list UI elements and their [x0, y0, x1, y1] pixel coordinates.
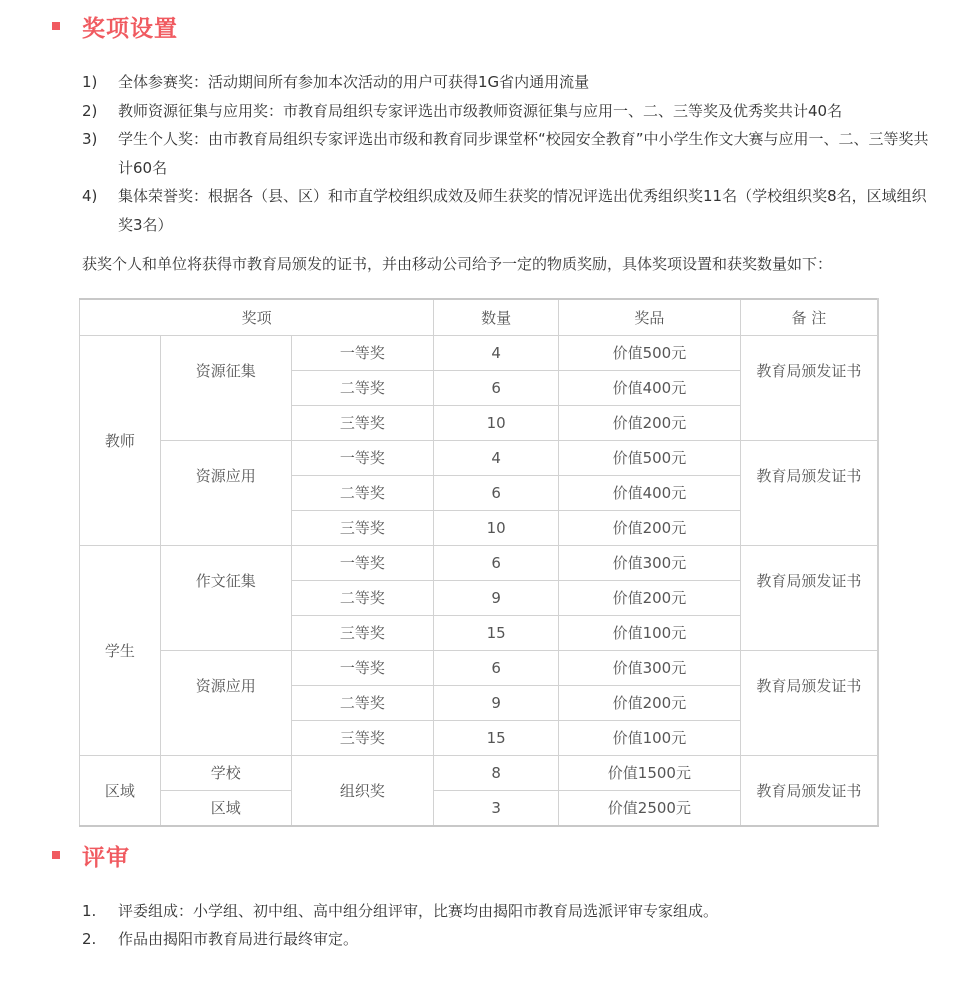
prize-cell: 价值200元 [559, 686, 741, 721]
table-row: 区域 学校 组织奖 8 价值1500元 教育局颁发证书 [80, 756, 879, 791]
level-cell: 一等奖 [291, 651, 434, 686]
item-text: 作品由揭阳市教育局进行最终审定。 [118, 925, 938, 953]
list-item: 1. 评委组成：小学组、初中组、高中组分组评审，比赛均由揭阳市教育局选派评审专家… [82, 897, 938, 925]
level-cell: 二等奖 [291, 476, 434, 511]
review-list: 1. 评委组成：小学组、初中组、高中组分组评审，比赛均由揭阳市教育局选派评审专家… [82, 897, 938, 953]
level-cell: 三等奖 [291, 511, 434, 546]
item-number: 2. [82, 925, 118, 953]
qty-cell: 6 [434, 546, 559, 581]
level-cell: 三等奖 [291, 721, 434, 756]
prize-cell: 价值200元 [559, 406, 741, 441]
section-heading-awards: 奖项设置 [52, 8, 178, 44]
qty-cell: 3 [434, 791, 559, 827]
table-row: 学生 作文征集 一等奖 6 价值300元 教育局颁发证书 [80, 546, 879, 581]
qty-cell: 6 [434, 476, 559, 511]
awards-table: 奖项 数量 奖品 备 注 教师 资源征集 一等奖 4 价值500元 教育局颁发证… [79, 298, 879, 827]
qty-cell: 9 [434, 581, 559, 616]
item-text: 教师资源征集与应用奖：市教育局组织专家评选出市级教师资源征集与应用一、二、三等奖… [118, 97, 938, 126]
item-text: 学生个人奖：由市教育局组织专家评选出市级和教育同步课堂杯“校园安全教育”中小学生… [118, 125, 938, 182]
qty-cell: 4 [434, 336, 559, 371]
prize-cell: 价值1500元 [559, 756, 741, 791]
note-cell: 教育局颁发证书 [740, 336, 878, 441]
group-teacher: 教师 [80, 336, 161, 546]
level-cell: 二等奖 [291, 581, 434, 616]
header-prize: 奖品 [559, 299, 741, 336]
prize-cell: 价值2500元 [559, 791, 741, 827]
qty-cell: 15 [434, 616, 559, 651]
note-cell: 教育局颁发证书 [740, 651, 878, 756]
qty-cell: 9 [434, 686, 559, 721]
category-cell: 资源征集 [160, 336, 291, 441]
category-cell: 资源应用 [160, 441, 291, 546]
qty-cell: 6 [434, 651, 559, 686]
prize-cell: 价值500元 [559, 441, 741, 476]
note-cell: 教育局颁发证书 [740, 441, 878, 546]
qty-cell: 6 [434, 371, 559, 406]
square-bullet-icon [52, 22, 60, 30]
awards-list: 1) 全体参赛奖：活动期间所有参加本次活动的用户可获得1G省内通用流量 2) 教… [82, 68, 938, 239]
level-cell: 一等奖 [291, 546, 434, 581]
category-cell: 学校 [160, 756, 291, 791]
level-cell: 三等奖 [291, 406, 434, 441]
prize-cell: 价值400元 [559, 371, 741, 406]
list-item: 4) 集体荣誉奖：根据各（县、区）和市直学校组织成效及师生获奖的情况评选出优秀组… [82, 182, 938, 239]
table-row: 资源应用 一等奖 6 价值300元 教育局颁发证书 [80, 651, 879, 686]
prize-cell: 价值200元 [559, 581, 741, 616]
group-student: 学生 [80, 546, 161, 756]
prize-cell: 价值400元 [559, 476, 741, 511]
item-text: 评委组成：小学组、初中组、高中组分组评审，比赛均由揭阳市教育局选派评审专家组成。 [118, 897, 938, 925]
qty-cell: 8 [434, 756, 559, 791]
list-item: 1) 全体参赛奖：活动期间所有参加本次活动的用户可获得1G省内通用流量 [82, 68, 938, 97]
awards-summary: 获奖个人和单位将获得市教育局颁发的证书，并由移动公司给予一定的物质奖励，具体奖项… [82, 250, 832, 278]
header-award: 奖项 [80, 299, 434, 336]
level-cell: 三等奖 [291, 616, 434, 651]
qty-cell: 15 [434, 721, 559, 756]
section-title: 奖项设置 [82, 10, 178, 43]
note-cell: 教育局颁发证书 [740, 546, 878, 651]
prize-cell: 价值100元 [559, 616, 741, 651]
header-quantity: 数量 [434, 299, 559, 336]
prize-cell: 价值300元 [559, 651, 741, 686]
section-title: 评审 [82, 839, 130, 872]
qty-cell: 10 [434, 511, 559, 546]
qty-cell: 10 [434, 406, 559, 441]
table-header-row: 奖项 数量 奖品 备 注 [80, 299, 879, 336]
item-text: 集体荣誉奖：根据各（县、区）和市直学校组织成效及师生获奖的情况评选出优秀组织奖1… [118, 182, 938, 239]
square-bullet-icon [52, 851, 60, 859]
note-cell: 教育局颁发证书 [740, 756, 878, 827]
level-cell: 一等奖 [291, 336, 434, 371]
prize-cell: 价值100元 [559, 721, 741, 756]
table-row: 资源应用 一等奖 4 价值500元 教育局颁发证书 [80, 441, 879, 476]
level-cell: 二等奖 [291, 371, 434, 406]
category-cell: 资源应用 [160, 651, 291, 756]
item-text: 全体参赛奖：活动期间所有参加本次活动的用户可获得1G省内通用流量 [118, 68, 938, 97]
qty-cell: 4 [434, 441, 559, 476]
list-item: 3) 学生个人奖：由市教育局组织专家评选出市级和教育同步课堂杯“校园安全教育”中… [82, 125, 938, 182]
item-number: 4) [82, 182, 118, 239]
item-number: 1. [82, 897, 118, 925]
item-number: 2) [82, 97, 118, 126]
prize-cell: 价值200元 [559, 511, 741, 546]
table-row: 教师 资源征集 一等奖 4 价值500元 教育局颁发证书 [80, 336, 879, 371]
group-region: 区域 [80, 756, 161, 827]
level-cell: 二等奖 [291, 686, 434, 721]
item-number: 3) [82, 125, 118, 182]
item-number: 1) [82, 68, 118, 97]
header-note: 备 注 [740, 299, 878, 336]
list-item: 2) 教师资源征集与应用奖：市教育局组织专家评选出市级教师资源征集与应用一、二、… [82, 97, 938, 126]
section-heading-review: 评审 [52, 837, 130, 873]
prize-cell: 价值300元 [559, 546, 741, 581]
prize-cell: 价值500元 [559, 336, 741, 371]
level-cell: 组织奖 [291, 756, 434, 827]
category-cell: 区域 [160, 791, 291, 827]
category-cell: 作文征集 [160, 546, 291, 651]
list-item: 2. 作品由揭阳市教育局进行最终审定。 [82, 925, 938, 953]
level-cell: 一等奖 [291, 441, 434, 476]
